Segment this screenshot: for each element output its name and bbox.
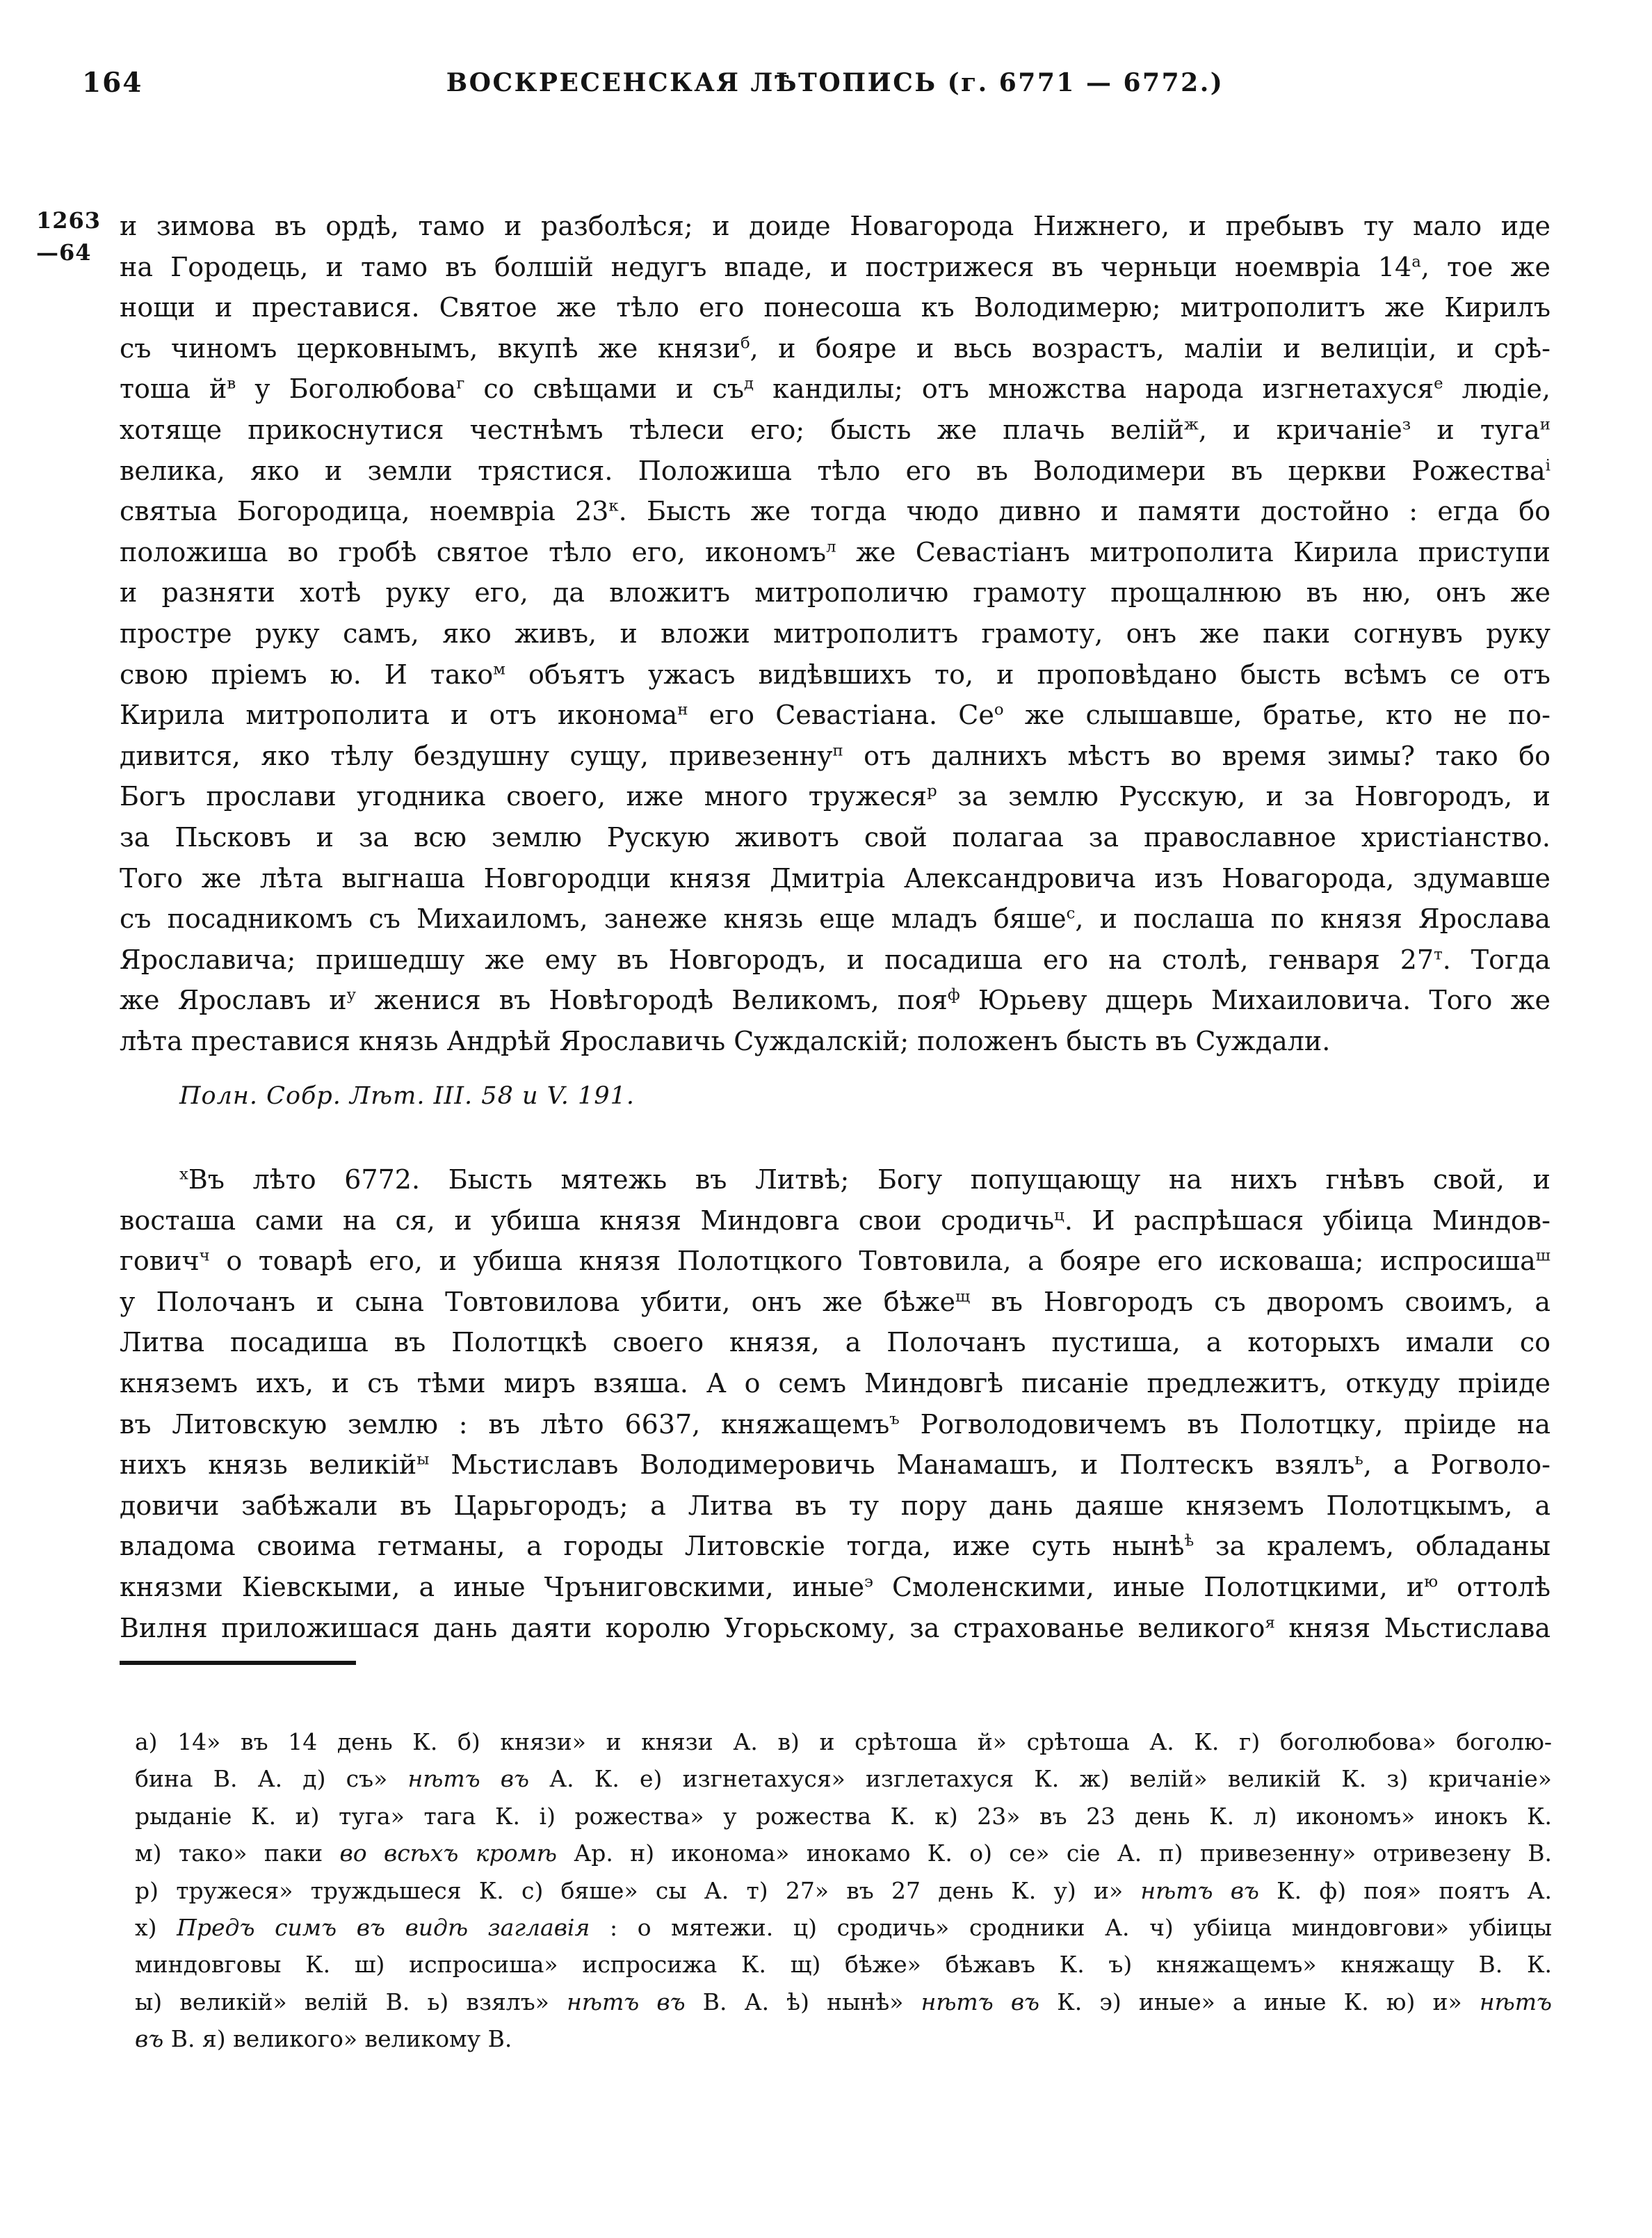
margin-year-line-1: 1263 — [36, 204, 118, 236]
text-line: же Ярославъ иу женися въ Новѣгородѣ Вели… — [120, 980, 1550, 1021]
text-line: въ В. я) великого» великому В. — [135, 2020, 1552, 2057]
source-citation: Полн. Собр. Лѣт. III. 58 и V. 191. — [179, 1082, 635, 1110]
text-line: бина В. А. д) съ» нѣтъ въ А. К. е) изгне… — [135, 1760, 1552, 1797]
text-line: положиша во гробѣ святое тѣло его, иконо… — [120, 532, 1550, 573]
text-line: р) тружеся» труждьшеся К. с) бяше» сы А.… — [135, 1872, 1552, 1909]
variant-readings-footnotes: а) 14» въ 14 день К. б) князи» и князи А… — [135, 1723, 1552, 2058]
text-line: святыа Богородица, ноемвріа 23к. Бысть ж… — [120, 491, 1550, 532]
text-line: Того же лѣта выгнаша Новгородци князя Дм… — [120, 858, 1550, 899]
text-line: Кирила митрополита и отъ икономан его Се… — [120, 695, 1550, 736]
text-line: владома своима гетманы, а городы Литовск… — [120, 1526, 1550, 1567]
text-line: Литва посадиша въ Полотцкѣ своего князя,… — [120, 1322, 1550, 1363]
text-line: велика, яко и земли трястися. Положиша т… — [120, 451, 1550, 492]
text-line: и зимова въ ордѣ, тамо и разболѣся; и до… — [120, 206, 1550, 247]
text-line: нихъ князь великійы Мьстиславъ Володимер… — [120, 1444, 1550, 1486]
text-line: дивится, яко тѣлу бездушну сущу, привезе… — [120, 736, 1550, 777]
text-line: за Пьсковъ и за всю землю Рускую животъ … — [120, 817, 1550, 858]
text-line: говичч о товарѣ его, и убиша князя Полот… — [120, 1241, 1550, 1282]
text-line: Вилня приложишася дань даяти королю Угор… — [120, 1608, 1550, 1649]
text-line: лѣта преставися князь Андрѣй Ярославичь … — [120, 1021, 1550, 1062]
text-line: свою пріемъ ю. И таком объятъ ужасъ видѣ… — [120, 654, 1550, 695]
chronicle-paragraph-6772: хВъ лѣто 6772. Бысть мятежь въ Литвѣ; Бо… — [120, 1159, 1550, 1648]
text-line: нощи и преставися. Святое же тѣло его по… — [120, 287, 1550, 328]
text-line: простре руку самъ, яко живъ, и вложи мит… — [120, 613, 1550, 654]
text-line: миндовговы К. ш) испросиша» испросижа К.… — [135, 1946, 1552, 1983]
text-line: хВъ лѣто 6772. Бысть мятежь въ Литвѣ; Бо… — [120, 1159, 1550, 1200]
text-line: въ Литовскую землю : въ лѣто 6637, княжа… — [120, 1404, 1550, 1445]
text-line: хотяще прикоснутися честнѣмъ тѣлеси его;… — [120, 410, 1550, 451]
text-line: на Городець, и тамо въ болшій недугъ впа… — [120, 247, 1550, 288]
text-line: Богъ прослави угодника своего, иже много… — [120, 776, 1550, 817]
margin-year-line-2: —64 — [36, 236, 118, 268]
text-line: восташа сами на ся, и убиша князя Миндов… — [120, 1200, 1550, 1241]
text-line: съ чиномъ церковнымъ, вкупѣ же князиб, и… — [120, 328, 1550, 369]
scanned-book-page: 164 ВОСКРЕСЕНСКАЯ ЛѢТОПИСЬ (г. 6771 — 67… — [0, 0, 1652, 2238]
text-line: м) тако» паки во всѣхъ кромѣ Ар. н) икон… — [135, 1835, 1552, 1871]
text-line: княземъ ихъ, и съ тѣми миръ взяша. А о с… — [120, 1363, 1550, 1404]
text-line: х) Предъ симъ въ видѣ заглавія : о мятеж… — [135, 1909, 1552, 1946]
text-line: рыданіе К. и) туга» тага К. і) рожества»… — [135, 1798, 1552, 1835]
text-line: а) 14» въ 14 день К. б) князи» и князи А… — [135, 1723, 1552, 1760]
text-line: у Полочанъ и сына Товтовилова убити, онъ… — [120, 1282, 1550, 1323]
text-line: довичи забѣжали въ Царьгородъ; а Литва в… — [120, 1486, 1550, 1527]
margin-year-note: 1263 —64 — [36, 204, 118, 268]
text-line: Ярославича; пришедшу же ему въ Новгородъ… — [120, 940, 1550, 981]
footnote-separator-rule — [120, 1661, 356, 1665]
text-line: тоша йв у Боголюбоваг со свѣщами и съд к… — [120, 369, 1550, 410]
text-line: и разняти хотѣ руку его, да вложитъ митр… — [120, 572, 1550, 613]
running-title: ВОСКРЕСЕНСКАЯ ЛѢТОПИСЬ (г. 6771 — 6772.) — [120, 68, 1550, 97]
text-line: ы) великій» велій В. ь) взялъ» нѣтъ въ В… — [135, 1983, 1552, 2020]
chronicle-paragraph-6771: и зимова въ ордѣ, тамо и разболѣся; и до… — [120, 206, 1550, 1061]
text-line: князми Кіевскыми, а иные Чръниговскими, … — [120, 1567, 1550, 1608]
text-line: съ посадникомъ съ Михаиломъ, занеже княз… — [120, 899, 1550, 940]
